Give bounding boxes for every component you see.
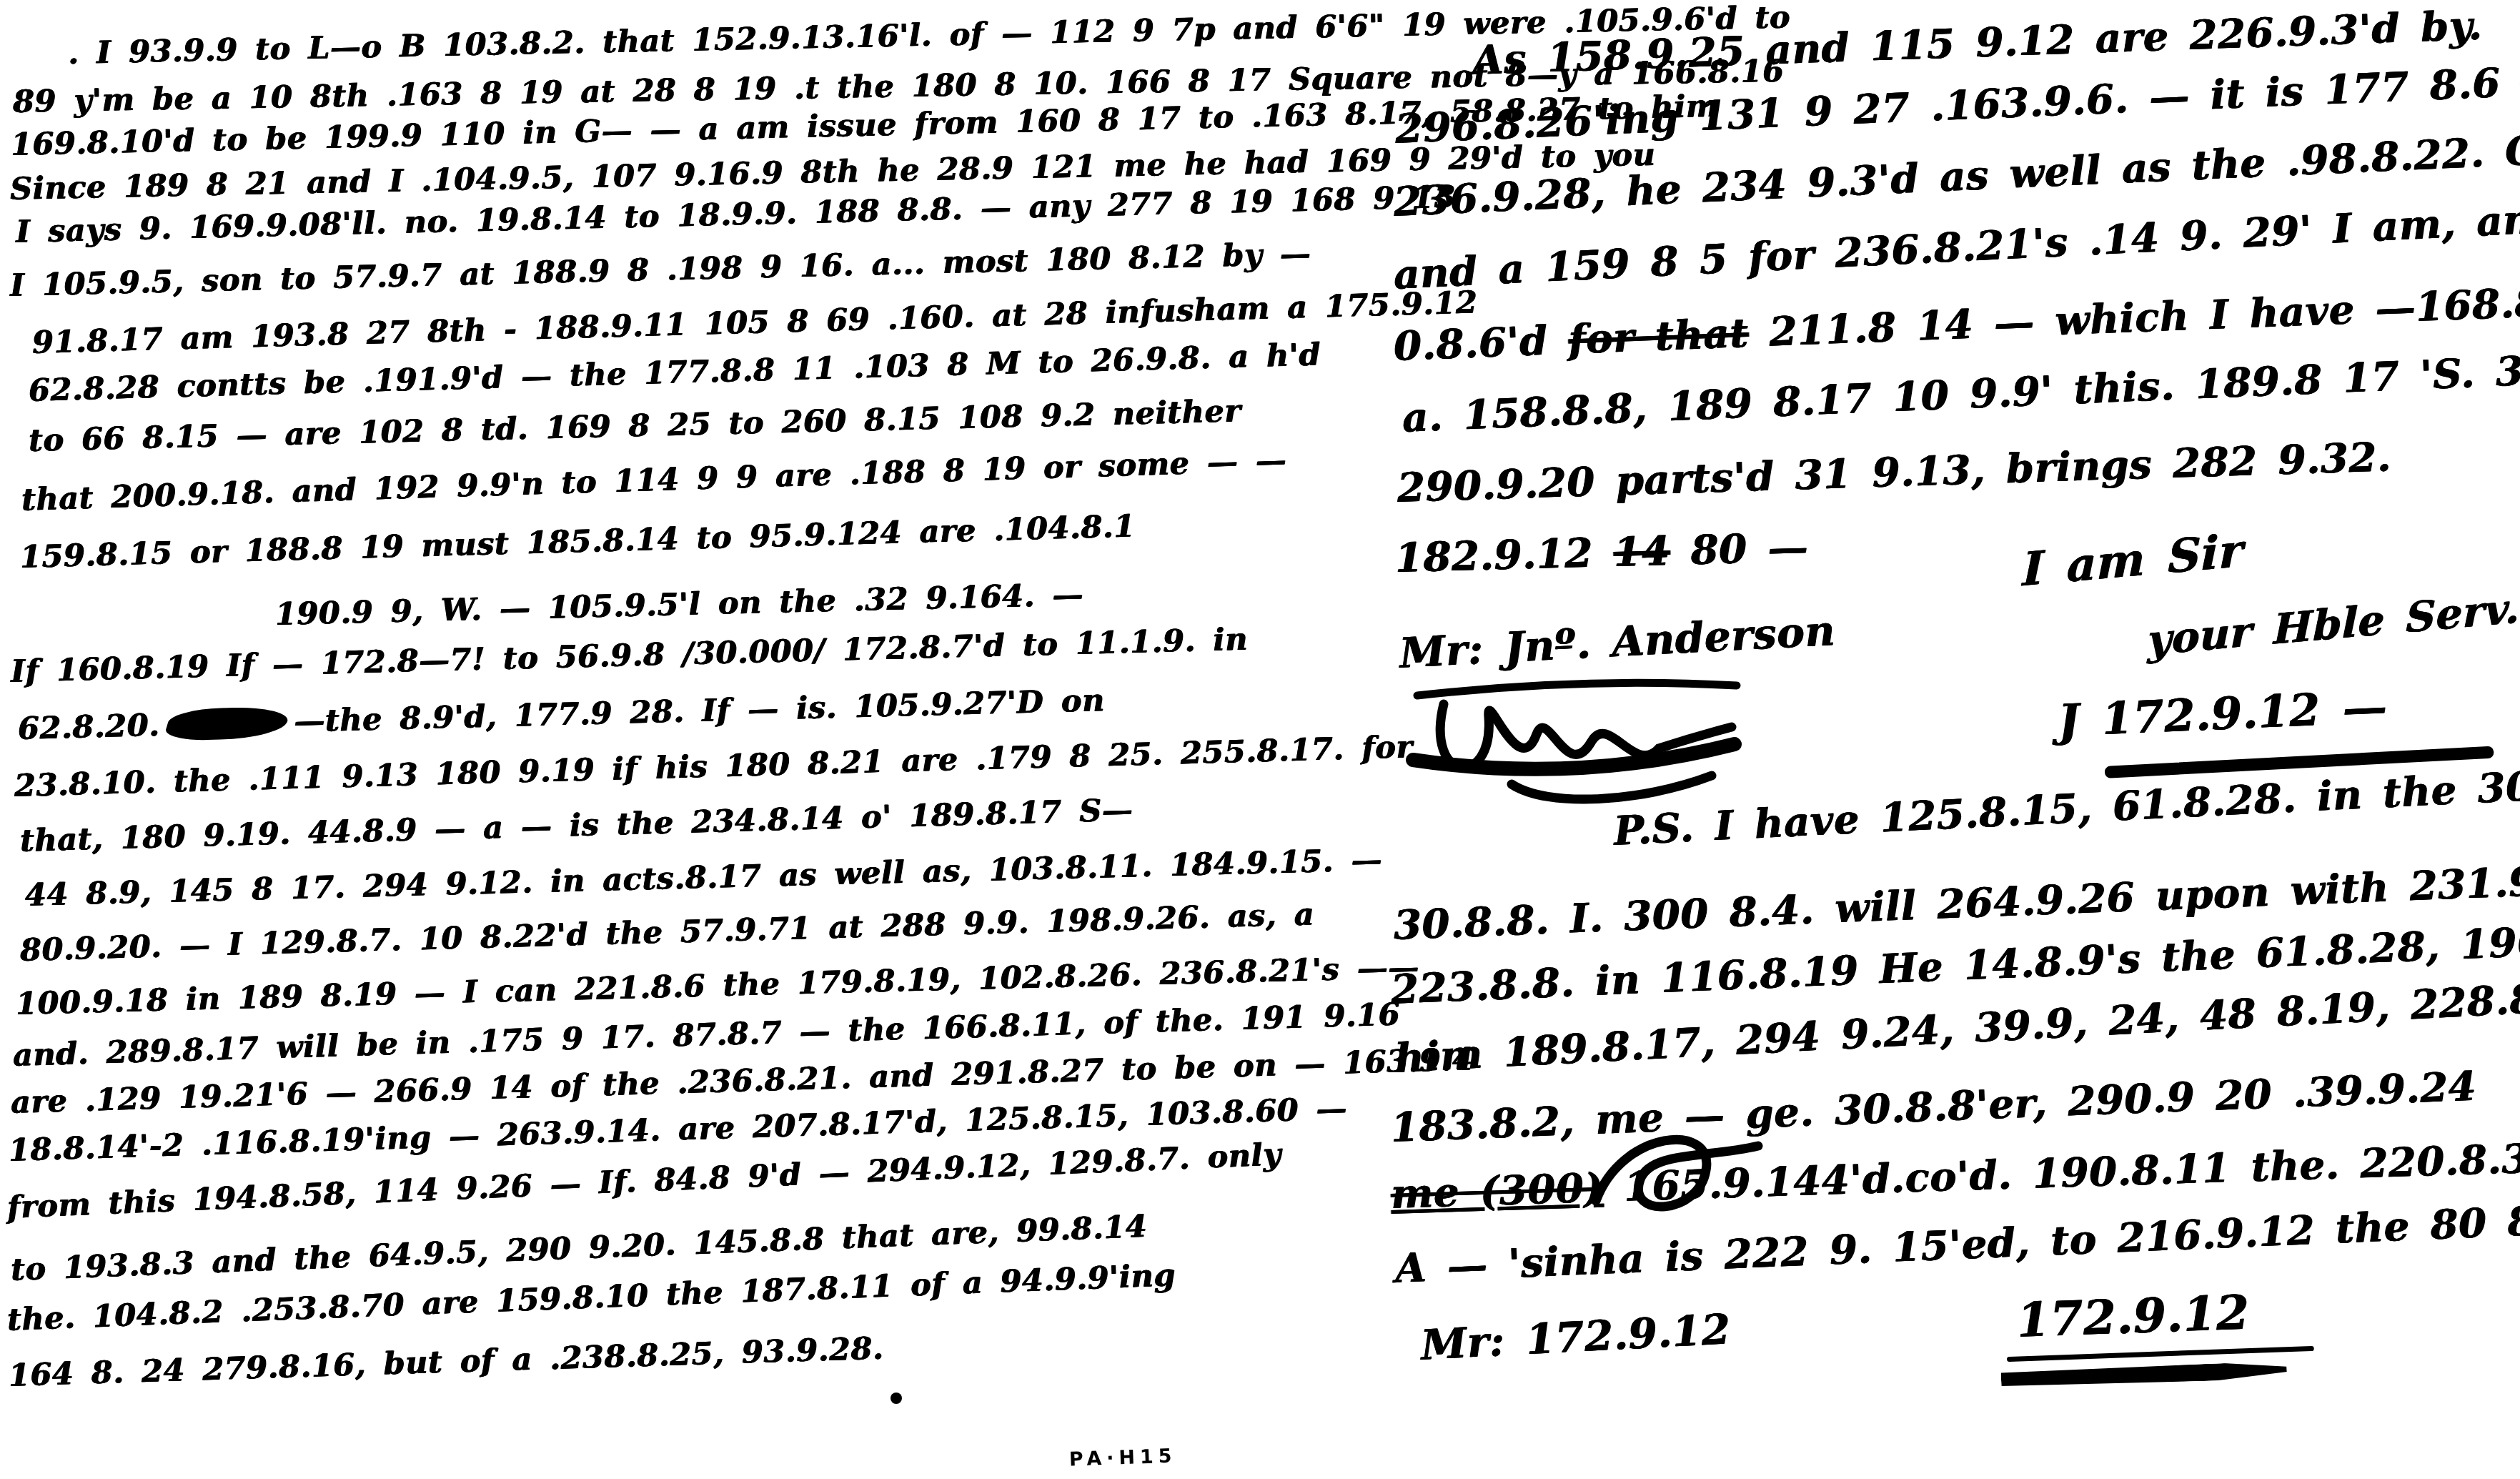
cipher-line-with-blot: 62.8.20.—the 8.9'd, 177.9 28. If — is. 1… <box>17 683 1105 747</box>
cipher-line-with-strike: 182.9.12 14 80 — <box>1394 524 1809 582</box>
ink-dot <box>891 1393 902 1404</box>
cipher-line: I 105.9.5, son to 57.9.7 at 188.9 8 .198… <box>9 237 1311 304</box>
cipher-line-segment: 211.8 14 — which I have —168.8.66'ed, in <box>1747 271 2520 357</box>
closing-salutation-line2: your Hble Serv.t <box>2147 583 2520 665</box>
cipher-letter-scan: { "document": { "description": "Two-page… <box>0 0 2520 1479</box>
cipher-line: 190.9 9, W. — 105.9.5'l on the .32 9.164… <box>274 577 1083 633</box>
ink-blot <box>162 706 292 741</box>
cipher-line-segment: 62.8.20. <box>17 708 160 747</box>
cipher-line-segment: 0.8.6'd <box>1393 317 1569 370</box>
signature-scribble <box>1404 676 1762 808</box>
cipher-line-segment: 80 — <box>1670 524 1809 575</box>
closing-text: your Hble Serv. <box>2147 583 2520 665</box>
code-signature: J 172.9.12 — <box>2057 681 2388 747</box>
bottom-underline-thin <box>2007 1346 2314 1362</box>
cipher-line: If 160.8.19 If — 172.8—7! to 56.9.8 /30.… <box>10 622 1248 690</box>
addressee-line: Mr: Jnº. Anderson <box>1398 606 1836 678</box>
cipher-line-segment: 182.9.12 <box>1394 529 1614 582</box>
struck-text: 14 <box>1613 528 1671 576</box>
cipher-line: that, 180 9.19. 44.8.9 — a — is the 234.… <box>19 793 1133 859</box>
closing-salutation-line1: I am Sir <box>2022 524 2243 597</box>
struck-text: me (300) <box>1390 1164 1604 1218</box>
cipher-line: 164 8. 24 279.8.16, but of a .238.8.25, … <box>8 1331 884 1394</box>
cipher-line: 159.8.15 or 188.8 19 must 185.8.14 to 95… <box>19 508 1136 575</box>
struck-text: for that <box>1567 310 1750 364</box>
bottom-underline-thick <box>2001 1361 2288 1388</box>
plate-label: PA·H15 <box>1069 1445 1178 1470</box>
bottom-code-left: Mr: 172.9.12 <box>1419 1305 1732 1370</box>
ps-line: 183.8.2, me — ge. 30.8.8'er, 290.9 20 .3… <box>1390 1063 2478 1152</box>
bottom-code-right: 172.9.12 <box>2016 1285 2251 1348</box>
cipher-line-segment: —the 8.9'd, 177.9 28. If — is. 105.9.27'… <box>294 683 1106 740</box>
cipher-line: 290.9.20 parts'd 31 9.13, brings 282 9.3… <box>1397 433 2392 512</box>
